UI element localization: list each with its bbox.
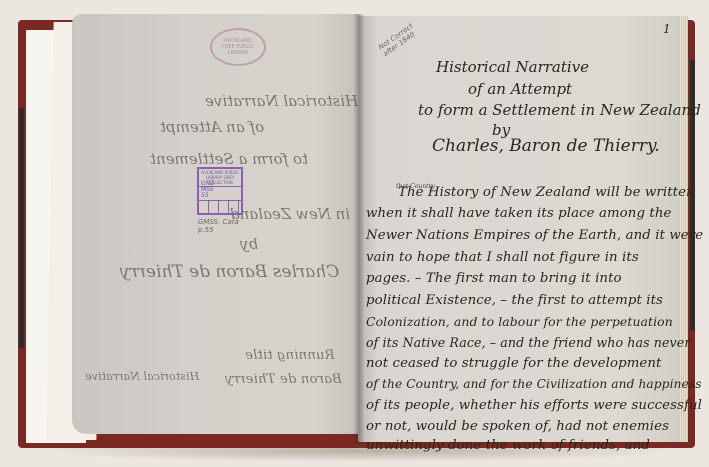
bleed-line: Charles Baron de Thierry [120,262,339,282]
body-line: vain to hope that I shall not figure in … [366,250,639,265]
stamp-text: LIBRARY [228,50,249,56]
bleed-line: in New Zealand [230,205,350,223]
bleed-line: Baron de Thierry [225,372,342,387]
shelfmark: GNZ MSS 55 [201,181,214,199]
cover-cloth-strip-left [19,108,24,348]
page-number: 1 [663,22,671,36]
body-line: of the Country, and for the Civilization… [366,377,702,391]
stamp-grid [199,200,241,213]
body-line: Newer Nations Empires of the Earth, and … [366,228,703,243]
grey-collection-stamp: AUCKLAND PUBLIC LIBRARY GREY COLLECTION … [197,167,243,215]
body-line: not ceased to struggle for the developme… [366,356,661,371]
bleed-line: by [240,235,258,253]
bleed-line: Running title [245,348,335,363]
book-gutter [354,14,364,444]
title-line: to form a Settlement in New Zealand [418,101,701,119]
bleed-line: Historical Narrative [85,370,199,383]
body-line: Colonization, and to labour for the perp… [366,314,673,329]
oval-library-stamp: AUCKLAND FREE PUBLIC LIBRARY [210,28,266,66]
pencil-catalogue-note: GMSS. Cata p.55 [198,218,239,234]
title-line: of an Attempt [468,80,572,98]
author-line: Charles, Baron de Thierry. [432,136,660,156]
body-line: of its people, whether his efforts were … [366,398,702,413]
title-line: Historical Narrative [436,58,589,76]
body-line: The History of New Zealand will be writt… [398,185,695,200]
bleed-line: to form a Settlement [150,150,308,168]
body-line: when it shall have taken its place among… [366,206,671,221]
bleed-line: Historical Narrative [205,92,358,110]
body-line: of its Native Race, – and the friend who… [366,335,690,350]
body-line: unwittingly done the work of friends, an… [366,438,650,453]
body-line: or not, would be spoken of, had not enem… [366,419,669,434]
body-line: pages. – The first man to bring it into [366,271,622,286]
body-line: political Existence, – the first to atte… [366,293,663,308]
bleed-line: of an Attempt [160,118,264,136]
